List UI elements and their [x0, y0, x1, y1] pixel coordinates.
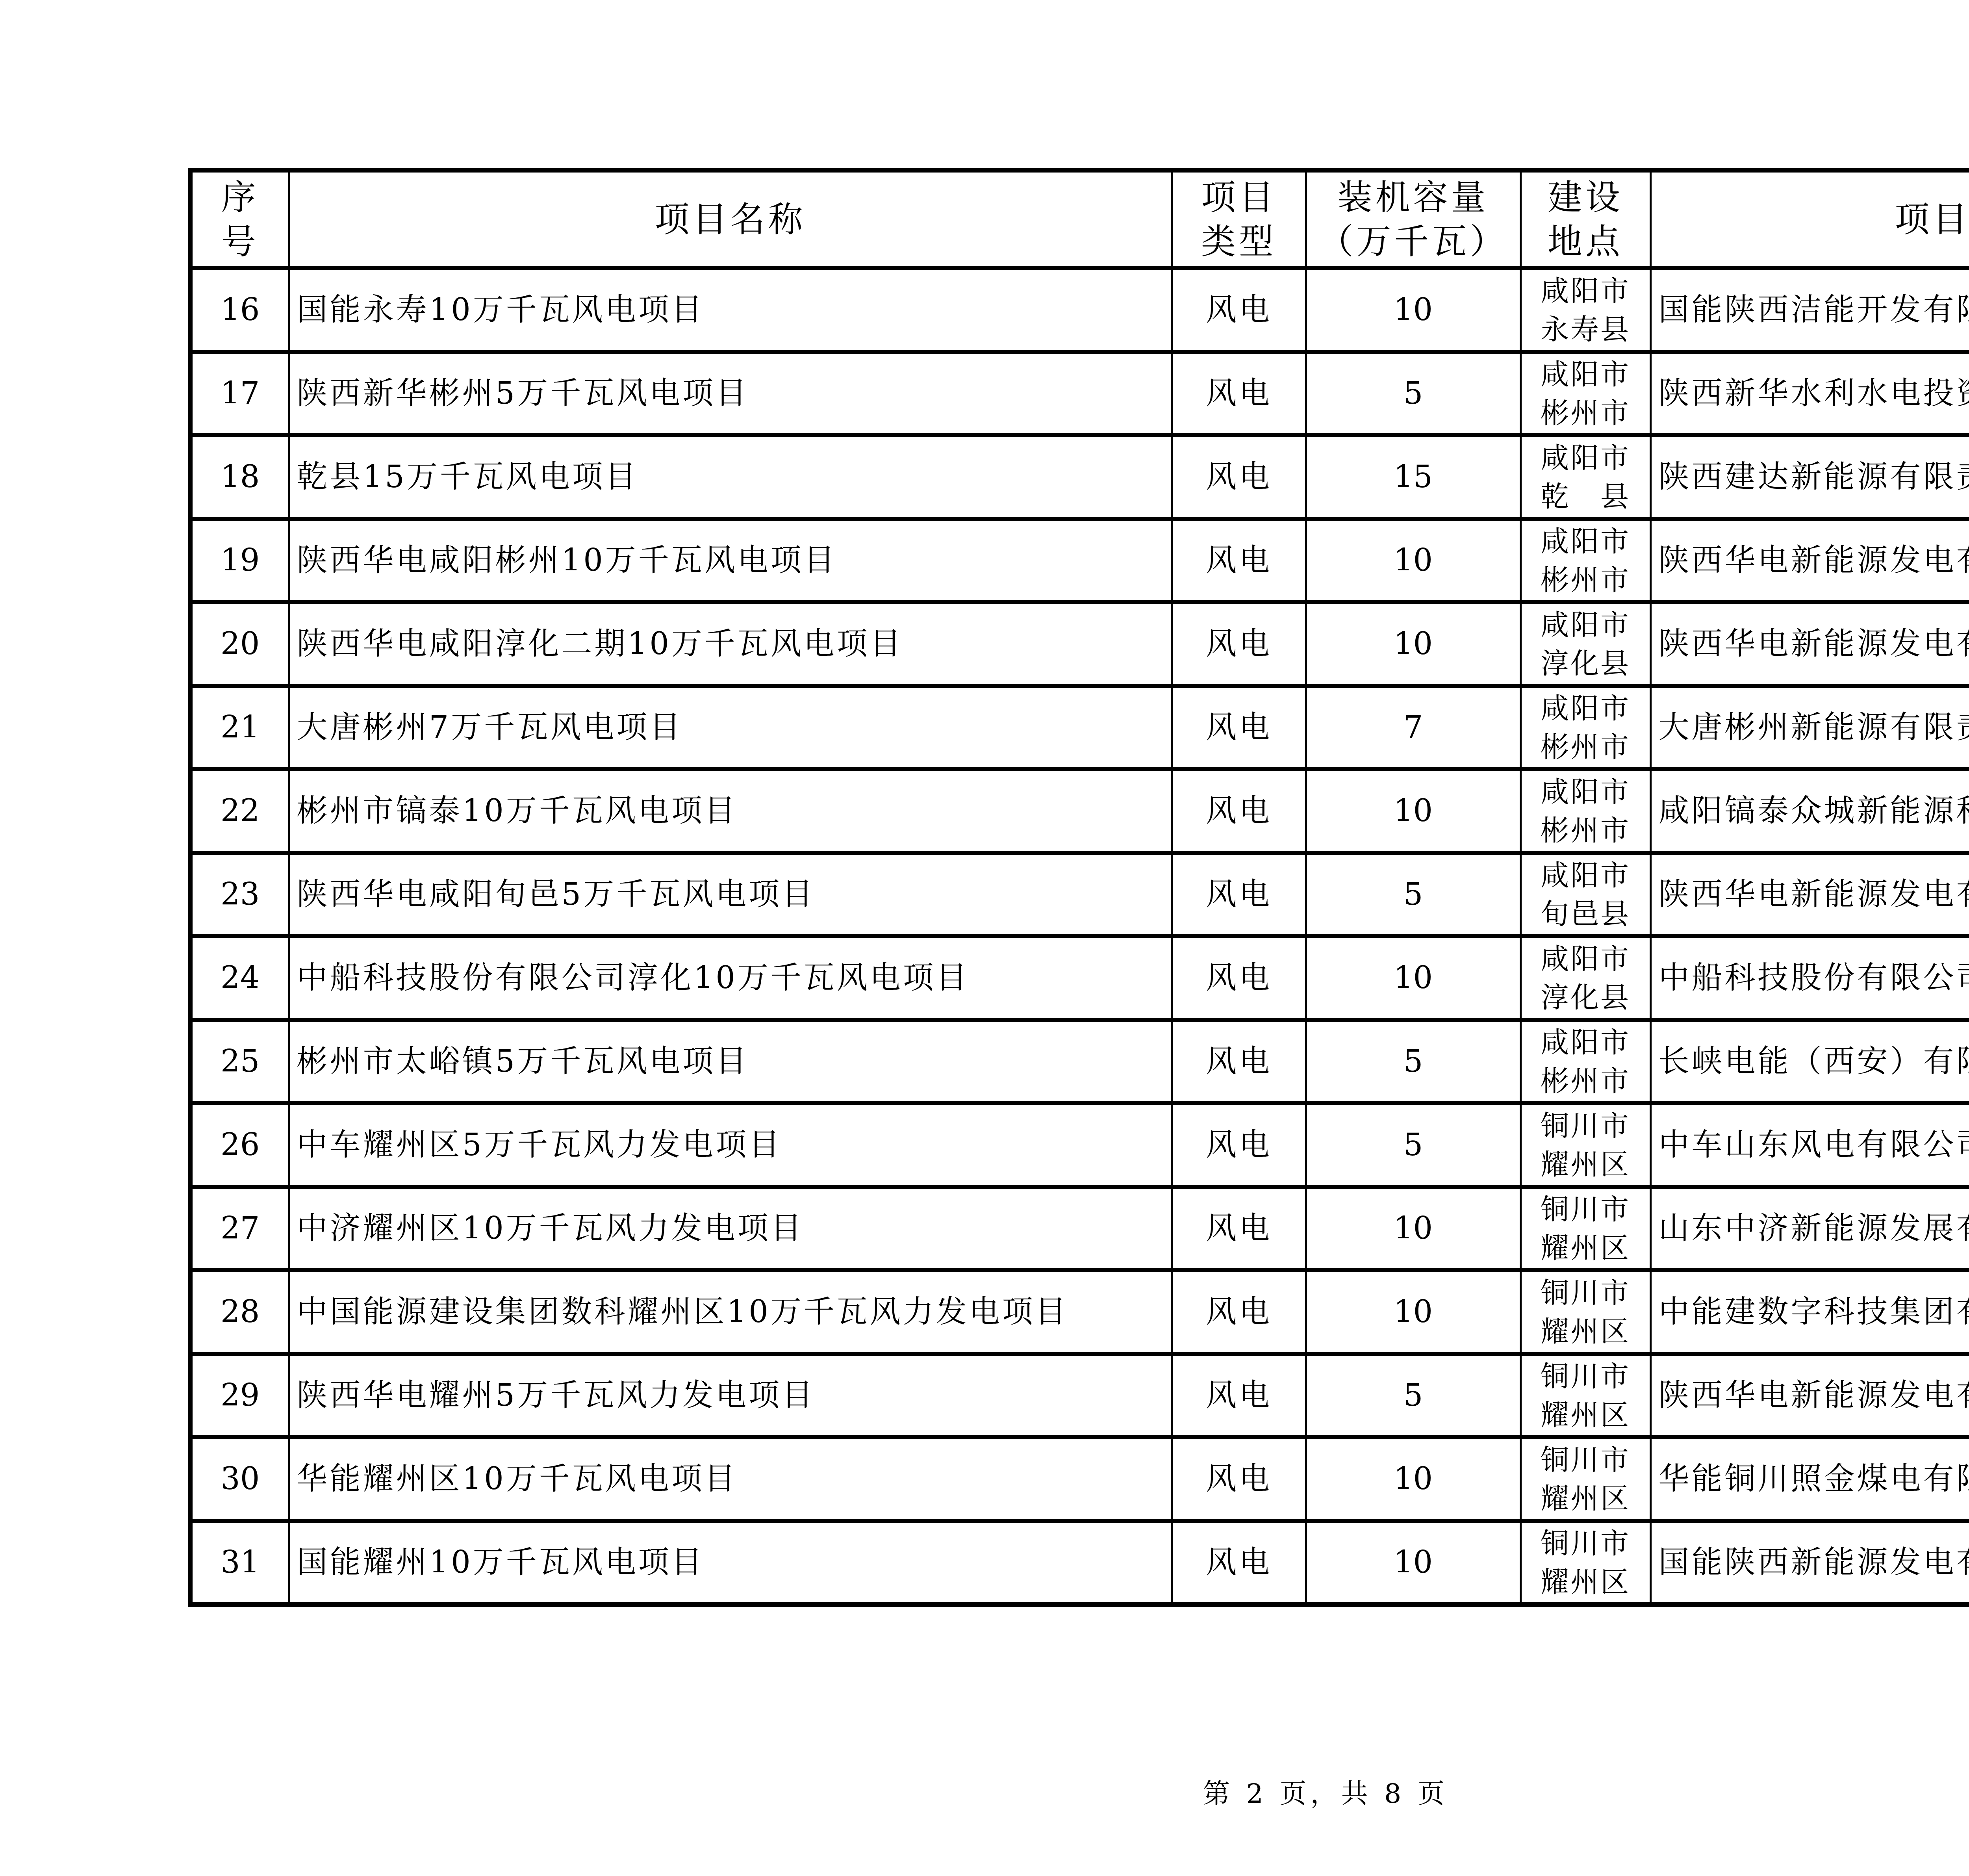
header-type-line2: 类型	[1173, 219, 1305, 263]
location-county: 旬邑县	[1522, 894, 1650, 933]
location-city: 铜川市	[1522, 1357, 1650, 1395]
location-county: 耀州区	[1522, 1228, 1650, 1267]
header-capacity-line2: （万千瓦）	[1307, 219, 1520, 263]
header-row: 序 号 项目名称 项目 类型 装机容量 （万千瓦） 建设 地点 项目业主 备注	[190, 170, 1969, 268]
cell-owner: 中船科技股份有限公司	[1650, 936, 1969, 1020]
header-location: 建设 地点	[1520, 170, 1650, 268]
cell-project-name: 陕西华电咸阳淳化二期10万千瓦风电项目	[289, 602, 1172, 686]
cell-project-name: 中车耀州区5万千瓦风力发电项目	[289, 1103, 1172, 1187]
cell-no: 18	[190, 435, 289, 519]
cell-location: 咸阳市淳化县	[1520, 602, 1650, 686]
cell-project-type: 风电	[1172, 1020, 1306, 1103]
cell-capacity: 5	[1306, 352, 1520, 435]
table-row: 23陕西华电咸阳旬邑5万千瓦风电项目风电5咸阳市旬邑县陕西华电新能源发电有限公司	[190, 853, 1969, 936]
cell-no: 27	[190, 1187, 289, 1270]
table-row: 27中济耀州区10万千瓦风力发电项目风电10铜川市耀州区山东中济新能源发展有限公…	[190, 1187, 1969, 1270]
cell-owner: 大唐彬州新能源有限责任公司	[1650, 686, 1969, 769]
location-city: 咸阳市	[1522, 1023, 1650, 1061]
cell-capacity: 5	[1306, 1354, 1520, 1437]
location-county: 耀州区	[1522, 1145, 1650, 1184]
table-row: 18乾县15万千瓦风电项目风电15咸阳市乾 县陕西建达新能源有限责任公司	[190, 435, 1969, 519]
cell-project-name: 国能永寿10万千瓦风电项目	[289, 268, 1172, 352]
location-county: 耀州区	[1522, 1479, 1650, 1518]
location-county: 彬州市	[1522, 811, 1650, 850]
cell-project-name: 乾县15万千瓦风电项目	[289, 435, 1172, 519]
cell-owner: 长峡电能（西安）有限公司	[1650, 1020, 1969, 1103]
cell-location: 咸阳市彬州市	[1520, 1020, 1650, 1103]
cell-no: 21	[190, 686, 289, 769]
cell-project-type: 风电	[1172, 1354, 1306, 1437]
header-capacity-line1: 装机容量	[1307, 175, 1520, 219]
projects-table: 序 号 项目名称 项目 类型 装机容量 （万千瓦） 建设 地点 项目业主 备注 …	[188, 168, 1969, 1607]
location-city: 咸阳市	[1522, 772, 1650, 811]
table-row: 26中车耀州区5万千瓦风力发电项目风电5铜川市耀州区中车山东风电有限公司	[190, 1103, 1969, 1187]
header-no: 序 号	[190, 170, 289, 268]
cell-project-name: 华能耀州区10万千瓦风电项目	[289, 1437, 1172, 1521]
table-body: 16国能永寿10万千瓦风电项目风电10咸阳市永寿县国能陕西洁能开发有限公司17陕…	[190, 268, 1969, 1605]
cell-project-type: 风电	[1172, 686, 1306, 769]
header-name: 项目名称	[289, 170, 1172, 268]
cell-owner: 山东中济新能源发展有限公司	[1650, 1187, 1969, 1270]
cell-no: 16	[190, 268, 289, 352]
cell-location: 铜川市耀州区	[1520, 1521, 1650, 1605]
cell-owner: 陕西建达新能源有限责任公司	[1650, 435, 1969, 519]
cell-location: 咸阳市旬邑县	[1520, 853, 1650, 936]
table-row: 25彬州市太峪镇5万千瓦风电项目风电5咸阳市彬州市长峡电能（西安）有限公司	[190, 1020, 1969, 1103]
cell-project-type: 风电	[1172, 769, 1306, 853]
cell-project-type: 风电	[1172, 602, 1306, 686]
cell-project-name: 彬州市太峪镇5万千瓦风电项目	[289, 1020, 1172, 1103]
cell-owner: 陕西华电新能源发电有限公司	[1650, 602, 1969, 686]
cell-location: 咸阳市彬州市	[1520, 519, 1650, 602]
location-county: 彬州市	[1522, 1061, 1650, 1100]
table-row: 30华能耀州区10万千瓦风电项目风电10铜川市耀州区华能铜川照金煤电有限公司	[190, 1437, 1969, 1521]
cell-owner: 陕西华电新能源发电有限公司	[1650, 519, 1969, 602]
cell-capacity: 15	[1306, 435, 1520, 519]
cell-project-type: 风电	[1172, 1270, 1306, 1354]
cell-owner: 陕西新华水利水电投资有限公司	[1650, 352, 1969, 435]
cell-owner: 国能陕西新能源发电有限公司	[1650, 1521, 1969, 1605]
cell-capacity: 5	[1306, 1020, 1520, 1103]
cell-no: 28	[190, 1270, 289, 1354]
cell-capacity: 10	[1306, 519, 1520, 602]
cell-project-type: 风电	[1172, 1103, 1306, 1187]
cell-location: 铜川市耀州区	[1520, 1187, 1650, 1270]
cell-owner: 华能铜川照金煤电有限公司	[1650, 1437, 1969, 1521]
cell-no: 23	[190, 853, 289, 936]
location-city: 咸阳市	[1522, 522, 1650, 560]
cell-no: 30	[190, 1437, 289, 1521]
location-county: 耀州区	[1522, 1395, 1650, 1434]
location-county: 耀州区	[1522, 1562, 1650, 1601]
table-row: 31国能耀州10万千瓦风电项目风电10铜川市耀州区国能陕西新能源发电有限公司	[190, 1521, 1969, 1605]
location-city: 咸阳市	[1522, 605, 1650, 644]
cell-capacity: 10	[1306, 1437, 1520, 1521]
location-city: 铜川市	[1522, 1190, 1650, 1228]
cell-no: 31	[190, 1521, 289, 1605]
page-footer: 第 2 页，共 8 页	[0, 1772, 1969, 1811]
cell-capacity: 10	[1306, 1270, 1520, 1354]
location-county: 彬州市	[1522, 393, 1650, 432]
cell-capacity: 10	[1306, 769, 1520, 853]
location-county: 乾 县	[1522, 477, 1650, 516]
location-county: 彬州市	[1522, 560, 1650, 599]
cell-project-type: 风电	[1172, 936, 1306, 1020]
location-city: 咸阳市	[1522, 438, 1650, 477]
header-type: 项目 类型	[1172, 170, 1306, 268]
table-row: 22彬州市镐泰10万千瓦风电项目风电10咸阳市彬州市咸阳镐泰众城新能源科技有限公…	[190, 769, 1969, 853]
cell-capacity: 10	[1306, 936, 1520, 1020]
cell-project-type: 风电	[1172, 352, 1306, 435]
cell-location: 铜川市耀州区	[1520, 1437, 1650, 1521]
cell-owner: 中能建数字科技集团有限公司	[1650, 1270, 1969, 1354]
cell-capacity: 5	[1306, 1103, 1520, 1187]
cell-project-type: 风电	[1172, 853, 1306, 936]
location-county: 耀州区	[1522, 1312, 1650, 1351]
cell-capacity: 10	[1306, 602, 1520, 686]
cell-owner: 陕西华电新能源发电有限公司	[1650, 853, 1969, 936]
cell-project-name: 大唐彬州7万千瓦风电项目	[289, 686, 1172, 769]
cell-no: 22	[190, 769, 289, 853]
cell-project-name: 陕西华电耀州5万千瓦风力发电项目	[289, 1354, 1172, 1437]
header-type-line1: 项目	[1173, 175, 1305, 219]
cell-no: 17	[190, 352, 289, 435]
header-owner: 项目业主	[1650, 170, 1969, 268]
cell-project-name: 中国能源建设集团数科耀州区10万千瓦风力发电项目	[289, 1270, 1172, 1354]
location-county: 淳化县	[1522, 978, 1650, 1017]
table-row: 28中国能源建设集团数科耀州区10万千瓦风力发电项目风电10铜川市耀州区中能建数…	[190, 1270, 1969, 1354]
cell-capacity: 10	[1306, 1187, 1520, 1270]
location-county: 永寿县	[1522, 310, 1650, 349]
cell-no: 20	[190, 602, 289, 686]
header-capacity: 装机容量 （万千瓦）	[1306, 170, 1520, 268]
location-city: 咸阳市	[1522, 856, 1650, 894]
location-city: 咸阳市	[1522, 271, 1650, 310]
table-row: 16国能永寿10万千瓦风电项目风电10咸阳市永寿县国能陕西洁能开发有限公司	[190, 268, 1969, 352]
cell-project-type: 风电	[1172, 1437, 1306, 1521]
cell-project-type: 风电	[1172, 1187, 1306, 1270]
cell-location: 咸阳市永寿县	[1520, 268, 1650, 352]
location-city: 铜川市	[1522, 1273, 1650, 1312]
cell-no: 29	[190, 1354, 289, 1437]
location-city: 铜川市	[1522, 1440, 1650, 1479]
cell-project-type: 风电	[1172, 268, 1306, 352]
header-no-line1: 序	[193, 175, 288, 219]
cell-project-type: 风电	[1172, 1521, 1306, 1605]
table-row: 29陕西华电耀州5万千瓦风力发电项目风电5铜川市耀州区陕西华电新能源发电有限公司	[190, 1354, 1969, 1437]
cell-capacity: 7	[1306, 686, 1520, 769]
cell-project-name: 中济耀州区10万千瓦风力发电项目	[289, 1187, 1172, 1270]
cell-no: 26	[190, 1103, 289, 1187]
cell-project-type: 风电	[1172, 435, 1306, 519]
cell-owner: 陕西华电新能源发电有限公司	[1650, 1354, 1969, 1437]
cell-project-name: 陕西新华彬州5万千瓦风电项目	[289, 352, 1172, 435]
cell-no: 25	[190, 1020, 289, 1103]
location-city: 铜川市	[1522, 1524, 1650, 1562]
cell-capacity: 5	[1306, 853, 1520, 936]
cell-capacity: 10	[1306, 268, 1520, 352]
cell-project-name: 陕西华电咸阳彬州10万千瓦风电项目	[289, 519, 1172, 602]
location-county: 彬州市	[1522, 727, 1650, 766]
cell-location: 咸阳市彬州市	[1520, 769, 1650, 853]
cell-project-name: 中船科技股份有限公司淳化10万千瓦风电项目	[289, 936, 1172, 1020]
cell-project-type: 风电	[1172, 519, 1306, 602]
cell-location: 咸阳市彬州市	[1520, 686, 1650, 769]
cell-capacity: 10	[1306, 1521, 1520, 1605]
cell-owner: 国能陕西洁能开发有限公司	[1650, 268, 1969, 352]
table-row: 17陕西新华彬州5万千瓦风电项目风电5咸阳市彬州市陕西新华水利水电投资有限公司	[190, 352, 1969, 435]
cell-project-name: 国能耀州10万千瓦风电项目	[289, 1521, 1172, 1605]
cell-location: 铜川市耀州区	[1520, 1103, 1650, 1187]
location-city: 咸阳市	[1522, 689, 1650, 727]
location-city: 咸阳市	[1522, 939, 1650, 978]
table-row: 24中船科技股份有限公司淳化10万千瓦风电项目风电10咸阳市淳化县中船科技股份有…	[190, 936, 1969, 1020]
header-no-line2: 号	[193, 219, 288, 263]
cell-project-name: 陕西华电咸阳旬邑5万千瓦风电项目	[289, 853, 1172, 936]
location-county: 淳化县	[1522, 644, 1650, 683]
cell-project-name: 彬州市镐泰10万千瓦风电项目	[289, 769, 1172, 853]
table-row: 21大唐彬州7万千瓦风电项目风电7咸阳市彬州市大唐彬州新能源有限责任公司	[190, 686, 1969, 769]
cell-location: 铜川市耀州区	[1520, 1270, 1650, 1354]
cell-owner: 咸阳镐泰众城新能源科技有限公司	[1650, 769, 1969, 853]
cell-location: 咸阳市淳化县	[1520, 936, 1650, 1020]
cell-owner: 中车山东风电有限公司	[1650, 1103, 1969, 1187]
table-row: 19陕西华电咸阳彬州10万千瓦风电项目风电10咸阳市彬州市陕西华电新能源发电有限…	[190, 519, 1969, 602]
table-row: 20陕西华电咸阳淳化二期10万千瓦风电项目风电10咸阳市淳化县陕西华电新能源发电…	[190, 602, 1969, 686]
location-city: 铜川市	[1522, 1106, 1650, 1145]
header-location-line1: 建设	[1522, 175, 1650, 219]
cell-no: 24	[190, 936, 289, 1020]
cell-location: 咸阳市乾 县	[1520, 435, 1650, 519]
cell-no: 19	[190, 519, 289, 602]
cell-location: 咸阳市彬州市	[1520, 352, 1650, 435]
cell-location: 铜川市耀州区	[1520, 1354, 1650, 1437]
header-location-line2: 地点	[1522, 219, 1650, 263]
location-city: 咸阳市	[1522, 355, 1650, 393]
